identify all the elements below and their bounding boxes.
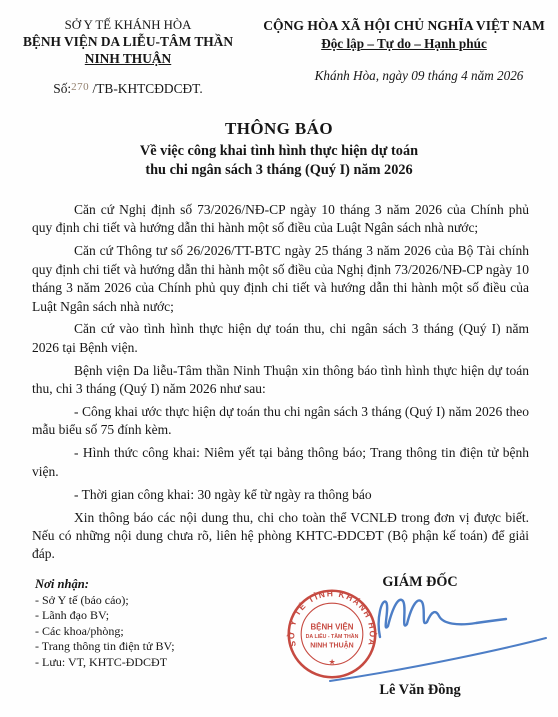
document-number-value: 270 (71, 81, 89, 93)
paragraph: Căn cứ vào tình hình thực hiện dự toán t… (32, 320, 529, 357)
recipient-item: - Trang thông tin điện tử BV; (35, 639, 175, 655)
document-body: Căn cứ Nghị định số 73/2026/NĐ-CP ngày 1… (0, 180, 558, 564)
national-title: CỘNG HÒA XÃ HỘI CHỦ NGHĨA VIỆT NAM (256, 17, 552, 35)
document-header: SỞ Y TẾ KHÁNH HÒA BỆNH VIỆN DA LIỄU-TÂM … (0, 0, 558, 98)
document-title: THÔNG BÁO (0, 119, 558, 139)
place-date-line: Khánh Hòa, ngày 09 tháng 4 năm 2026 (256, 67, 552, 84)
national-motto: Độc lập – Tự do – Hạnh phúc (256, 35, 552, 52)
signer-name: Lê Văn Đồng (320, 682, 520, 699)
document-number-label: Số: (53, 81, 71, 96)
paragraph: Căn cứ Nghị định số 73/2026/NĐ-CP ngày 1… (32, 201, 529, 238)
issuer-parent-org: SỞ Y TẾ KHÁNH HÒA (0, 17, 256, 33)
document-number-suffix: /TB-KHTCĐDCĐT. (93, 81, 203, 96)
paragraph-bullet: - Công khai ước thực hiện dự toán thu ch… (32, 403, 529, 440)
paragraph-bullet: - Hình thức công khai: Niêm yết tại bảng… (32, 444, 529, 481)
recipients-block: Nơi nhận: - Sở Y tế (báo cáo); - Lãnh đạ… (35, 577, 175, 671)
paragraph: Bệnh viện Da liễu-Tâm thần Ninh Thuận xi… (32, 362, 529, 399)
document-number-line: Số:270 /TB-KHTCĐDCĐT. (0, 80, 256, 98)
document-page: SỞ Y TẾ KHÁNH HÒA BỆNH VIỆN DA LIỄU-TÂM … (0, 0, 558, 717)
issuer-block: SỞ Y TẾ KHÁNH HÒA BỆNH VIỆN DA LIỄU-TÂM … (0, 17, 256, 98)
paragraph: Căn cứ Thông tư số 26/2026/TT-BTC ngày 2… (32, 242, 529, 316)
document-subtitle-line1: Về việc công khai tình hình thực hiện dự… (0, 142, 558, 161)
recipient-item: - Lưu: VT, KHTC-ĐDCĐT (35, 655, 175, 671)
recipients-label: Nơi nhận: (35, 577, 175, 593)
recipient-item: - Các khoa/phòng; (35, 624, 175, 640)
recipient-item: - Lãnh đạo BV; (35, 608, 175, 624)
recipient-item: - Sở Y tế (báo cáo); (35, 593, 175, 609)
national-motto-block: CỘNG HÒA XÃ HỘI CHỦ NGHĨA VIỆT NAM Độc l… (256, 17, 558, 98)
issuer-org-name: BỆNH VIỆN DA LIỄU-TÂM THẦN (0, 33, 256, 50)
issuer-org-name-2: NINH THUẬN (0, 50, 256, 67)
paragraph-bullet: - Thời gian công khai: 30 ngày kể từ ngà… (32, 486, 529, 504)
handwritten-signature (318, 582, 550, 682)
title-block: THÔNG BÁO Về việc công khai tình hình th… (0, 119, 558, 180)
document-subtitle-line2: thu chi ngân sách 3 tháng (Quý I) năm 20… (0, 161, 558, 180)
paragraph: Xin thông báo các nội dung thu, chi cho … (32, 509, 529, 564)
document-subtitle: Về việc công khai tình hình thực hiện dự… (0, 142, 558, 180)
